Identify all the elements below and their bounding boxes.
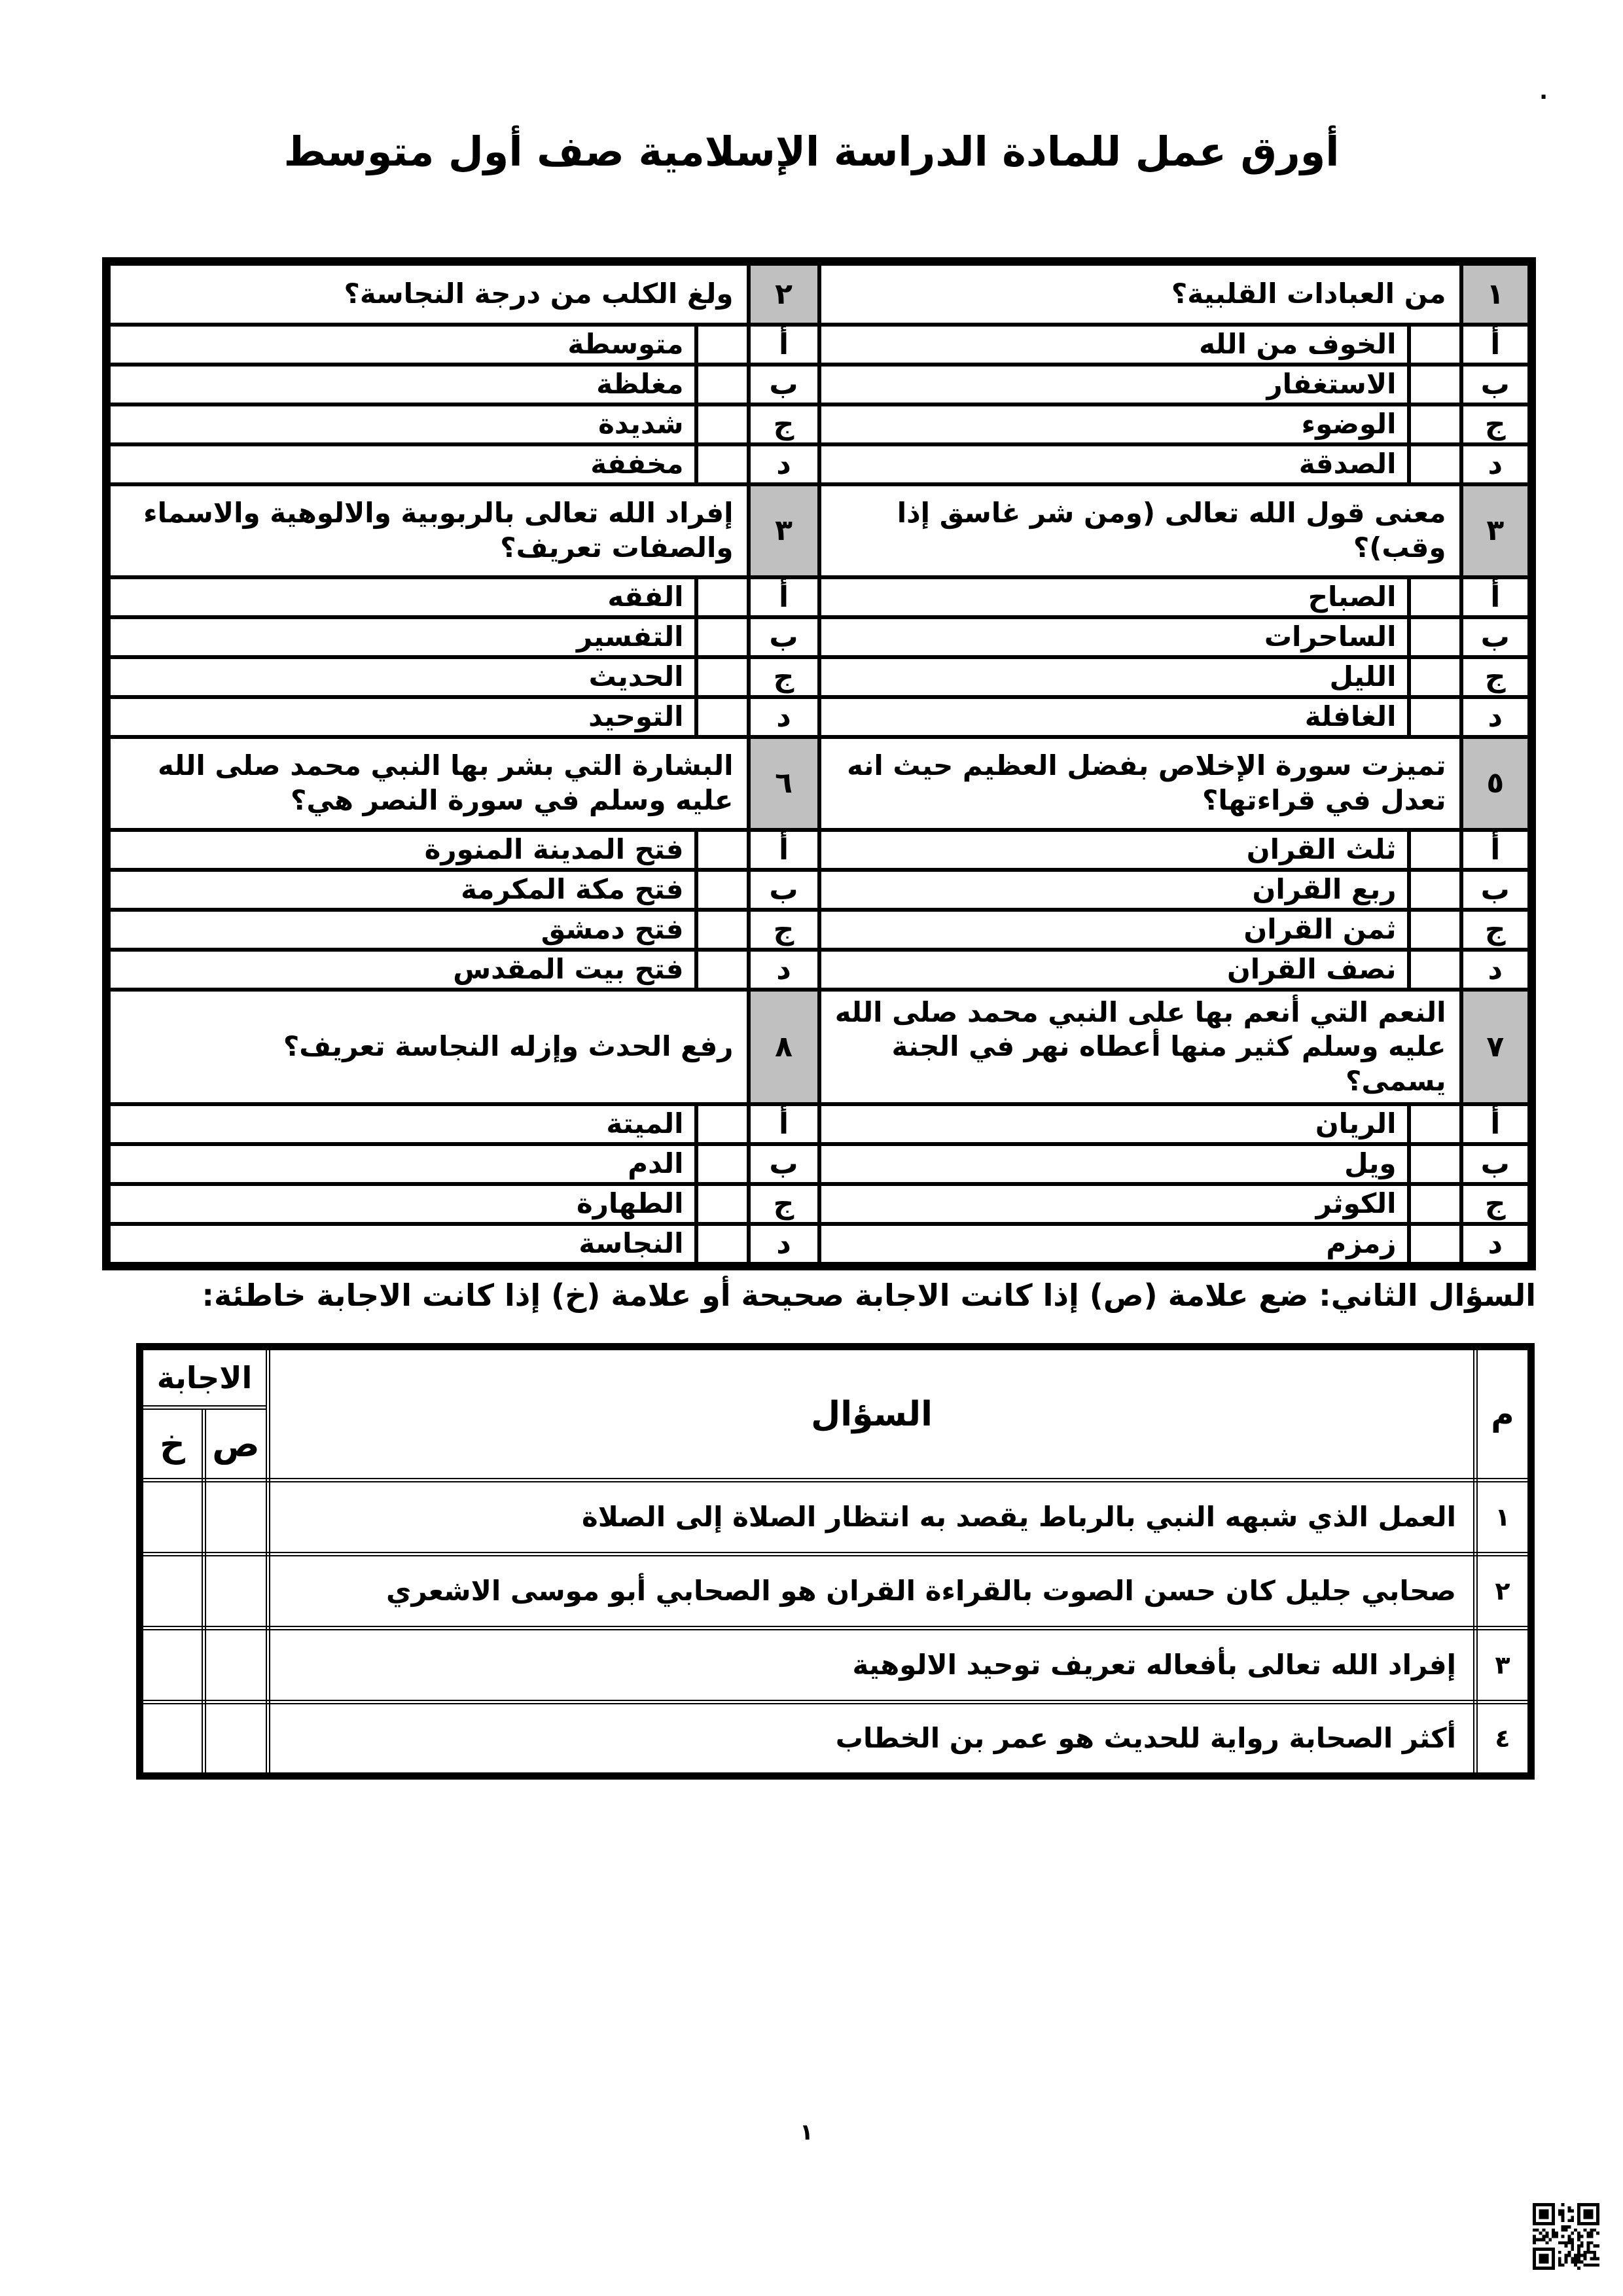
option-letter: ب xyxy=(1461,365,1532,404)
answer-checkbox-cell[interactable] xyxy=(696,444,749,484)
option-row: د زمزم د النجاسة xyxy=(106,1224,1531,1266)
answer-checkbox-cell[interactable] xyxy=(696,617,749,657)
option-letter: د xyxy=(1461,697,1532,737)
option-letter: د xyxy=(1461,444,1532,484)
option-row: ب ربع القران ب فتح مكة المكرمة xyxy=(106,870,1531,910)
answer-checkbox-cell[interactable] xyxy=(1409,404,1461,444)
question-number-cell: ٣ xyxy=(1461,484,1532,577)
option-letter: ب xyxy=(749,617,819,657)
question-text: رفع الحدث وإزله النجاسة تعريف؟ xyxy=(106,990,748,1105)
answer-checkbox-cell[interactable] xyxy=(696,830,749,870)
table-row: ٢ صحابي جليل كان حسن الصوت بالقراءة القر… xyxy=(140,1554,1531,1628)
option-text: مغلظة xyxy=(106,365,696,404)
question-text: إفراد الله تعالى بالربوبية والالوهية وال… xyxy=(106,484,748,577)
worksheet-page: . أورق عمل للمادة الدراسة الإسلامية صف أ… xyxy=(0,0,1623,2296)
question-text: معنى قول الله تعالى (ومن شر غاسق إذا وقب… xyxy=(819,484,1461,577)
true-answer-cell[interactable] xyxy=(204,1554,268,1628)
option-text: الصباح xyxy=(819,577,1409,617)
true-false-table: م السؤال الاجابة ص خ ١ العمل الذي شبهه ا… xyxy=(136,1343,1535,1780)
option-text: ثلث القران xyxy=(819,830,1409,870)
option-row: ج الوضوء ج شديدة xyxy=(106,404,1531,444)
option-letter: د xyxy=(749,950,819,990)
option-text: الفقه xyxy=(106,577,696,617)
option-letter: ج xyxy=(749,910,819,950)
worksheet-title: أورق عمل للمادة الدراسة الإسلامية صف أول… xyxy=(0,128,1623,175)
option-text: الصدقة xyxy=(819,444,1409,484)
option-text: فتح بيت المقدس xyxy=(106,950,696,990)
answer-checkbox-cell[interactable] xyxy=(696,404,749,444)
question-number-cell: ٧ xyxy=(1461,990,1532,1105)
answer-checkbox-cell[interactable] xyxy=(1409,577,1461,617)
row-number: ٤ xyxy=(1476,1702,1531,1776)
option-letter: ب xyxy=(749,1144,819,1184)
option-text: الليل xyxy=(819,657,1409,697)
row-number: ٢ xyxy=(1476,1554,1531,1628)
option-letter: د xyxy=(1461,1224,1532,1266)
option-letter: أ xyxy=(749,830,819,870)
option-row: ج ثمن القران ج فتح دمشق xyxy=(106,910,1531,950)
answer-checkbox-cell[interactable] xyxy=(696,325,749,365)
option-letter: ج xyxy=(1461,404,1532,444)
statement-text: العمل الذي شبهه النبي بالرباط يقصد به ان… xyxy=(268,1480,1476,1554)
option-text: الدم xyxy=(106,1144,696,1184)
mcq-table: ١ من العبادات القلبية؟ ٢ ولغ الكلب من در… xyxy=(102,257,1536,1270)
answer-checkbox-cell[interactable] xyxy=(696,697,749,737)
option-letter: ج xyxy=(749,404,819,444)
section-two-heading: السؤال الثاني: ضع علامة (ص) إذا كانت الا… xyxy=(202,1278,1536,1313)
answer-checkbox-cell[interactable] xyxy=(1409,657,1461,697)
question-number-cell: ٦ xyxy=(749,737,819,830)
answer-checkbox-cell[interactable] xyxy=(1409,325,1461,365)
option-text: ربع القران xyxy=(819,870,1409,910)
answer-checkbox-cell[interactable] xyxy=(696,910,749,950)
option-text: الغافلة xyxy=(819,697,1409,737)
answer-checkbox-cell[interactable] xyxy=(696,870,749,910)
option-text: الوضوء xyxy=(819,404,1409,444)
option-text: التوحيد xyxy=(106,697,696,737)
column-header-false: خ xyxy=(140,1408,204,1480)
question-row: ٧ النعم التي أنعم بها على النبي محمد صلى… xyxy=(106,990,1531,1105)
answer-checkbox-cell[interactable] xyxy=(1409,830,1461,870)
table-header-row: م السؤال الاجابة xyxy=(140,1347,1531,1408)
option-text: الريان xyxy=(819,1104,1409,1144)
option-row: أ الصباح أ الفقه xyxy=(106,577,1531,617)
column-header-number: م xyxy=(1476,1347,1531,1480)
table-row: ١ العمل الذي شبهه النبي بالرباط يقصد به … xyxy=(140,1480,1531,1554)
answer-checkbox-cell[interactable] xyxy=(1409,444,1461,484)
option-letter: ج xyxy=(1461,910,1532,950)
option-letter: أ xyxy=(749,325,819,365)
option-row: د الصدقة د مخففة xyxy=(106,444,1531,484)
option-letter: ج xyxy=(1461,1184,1532,1224)
false-answer-cell[interactable] xyxy=(140,1554,204,1628)
question-number-cell: ٥ xyxy=(1461,737,1532,830)
option-letter: أ xyxy=(1461,325,1532,365)
column-header-answer: الاجابة xyxy=(140,1347,268,1408)
option-row: أ الخوف من الله أ متوسطة xyxy=(106,325,1531,365)
false-answer-cell[interactable] xyxy=(140,1628,204,1702)
statement-text: أكثر الصحابة رواية للحديث هو عمر بن الخط… xyxy=(268,1702,1476,1776)
true-answer-cell[interactable] xyxy=(204,1628,268,1702)
option-letter: د xyxy=(749,697,819,737)
question-row: ٥ تميزت سورة الإخلاص بفضل العظيم حيث انه… xyxy=(106,737,1531,830)
question-text: من العبادات القلبية؟ xyxy=(819,262,1461,325)
true-answer-cell[interactable] xyxy=(204,1702,268,1776)
row-number: ١ xyxy=(1476,1480,1531,1554)
question-text: النعم التي أنعم بها على النبي محمد صلى ا… xyxy=(819,990,1461,1105)
option-row: د الغافلة د التوحيد xyxy=(106,697,1531,737)
answer-checkbox-cell[interactable] xyxy=(1409,950,1461,990)
option-text: فتح المدينة المنورة xyxy=(106,830,696,870)
qr-code xyxy=(1533,2203,1599,2270)
option-row: ب ويل ب الدم xyxy=(106,1144,1531,1184)
option-text: الكوثر xyxy=(819,1184,1409,1224)
option-text: زمزم xyxy=(819,1224,1409,1266)
option-letter: د xyxy=(1461,950,1532,990)
option-text: الساحرات xyxy=(819,617,1409,657)
question-number-cell: ١ xyxy=(1461,262,1532,325)
option-letter: ج xyxy=(749,1184,819,1224)
question-number-cell: ٣ xyxy=(749,484,819,577)
false-answer-cell[interactable] xyxy=(140,1480,204,1554)
answer-checkbox-cell[interactable] xyxy=(1409,617,1461,657)
option-letter: د xyxy=(749,444,819,484)
option-letter: د xyxy=(749,1224,819,1266)
answer-checkbox-cell[interactable] xyxy=(1409,1144,1461,1184)
option-letter: ج xyxy=(1461,657,1532,697)
option-letter: أ xyxy=(749,577,819,617)
answer-checkbox-cell[interactable] xyxy=(1409,1184,1461,1224)
option-letter: ب xyxy=(1461,870,1532,910)
option-text: الحديث xyxy=(106,657,696,697)
option-letter: أ xyxy=(1461,830,1532,870)
false-answer-cell[interactable] xyxy=(140,1702,204,1776)
option-text: فتح دمشق xyxy=(106,910,696,950)
table-row: ٣ إفراد الله تعالى بأفعاله تعريف توحيد ا… xyxy=(140,1628,1531,1702)
answer-checkbox-cell[interactable] xyxy=(1409,697,1461,737)
column-header-question: السؤال xyxy=(268,1347,1476,1480)
answer-checkbox-cell[interactable] xyxy=(696,577,749,617)
option-text: الاستغفار xyxy=(819,365,1409,404)
option-text: الخوف من الله xyxy=(819,325,1409,365)
option-text: متوسطة xyxy=(106,325,696,365)
answer-checkbox-cell[interactable] xyxy=(696,657,749,697)
option-text: ثمن القران xyxy=(819,910,1409,950)
option-row: د نصف القران د فتح بيت المقدس xyxy=(106,950,1531,990)
option-letter: ب xyxy=(1461,617,1532,657)
answer-checkbox-cell[interactable] xyxy=(1409,365,1461,404)
option-row: ج الكوثر ج الطهارة xyxy=(106,1184,1531,1224)
answer-checkbox-cell[interactable] xyxy=(1409,870,1461,910)
option-text: مخففة xyxy=(106,444,696,484)
question-number-cell: ٢ xyxy=(749,262,819,325)
option-text: ويل xyxy=(819,1144,1409,1184)
page-number: ١ xyxy=(800,2119,813,2145)
option-text: فتح مكة المكرمة xyxy=(106,870,696,910)
answer-checkbox-cell[interactable] xyxy=(1409,1224,1461,1266)
answer-checkbox-cell[interactable] xyxy=(1409,1104,1461,1144)
answer-checkbox-cell[interactable] xyxy=(696,365,749,404)
true-answer-cell[interactable] xyxy=(204,1480,268,1554)
option-text: النجاسة xyxy=(106,1224,696,1266)
answer-checkbox-cell[interactable] xyxy=(1409,910,1461,950)
option-letter: ب xyxy=(1461,1144,1532,1184)
statement-text: إفراد الله تعالى بأفعاله تعريف توحيد الا… xyxy=(268,1628,1476,1702)
option-letter: أ xyxy=(1461,1104,1532,1144)
option-letter: ج xyxy=(749,657,819,697)
question-text: ولغ الكلب من درجة النجاسة؟ xyxy=(106,262,748,325)
row-number: ٣ xyxy=(1476,1628,1531,1702)
answer-checkbox-cell[interactable] xyxy=(696,950,749,990)
option-row: ب الاستغفار ب مغلظة xyxy=(106,365,1531,404)
question-text: تميزت سورة الإخلاص بفضل العظيم حيث انه ت… xyxy=(819,737,1461,830)
option-letter: ب xyxy=(749,365,819,404)
option-row: أ ثلث القران أ فتح المدينة المنورة xyxy=(106,830,1531,870)
option-letter: أ xyxy=(749,1104,819,1144)
column-header-true: ص xyxy=(204,1408,268,1480)
option-text: التفسير xyxy=(106,617,696,657)
option-row: ج الليل ج الحديث xyxy=(106,657,1531,697)
table-row: ٤ أكثر الصحابة رواية للحديث هو عمر بن ال… xyxy=(140,1702,1531,1776)
corner-mark: . xyxy=(1539,79,1548,105)
option-text: الطهارة xyxy=(106,1184,696,1224)
answer-checkbox-cell[interactable] xyxy=(696,1184,749,1224)
option-row: ب الساحرات ب التفسير xyxy=(106,617,1531,657)
option-text: شديدة xyxy=(106,404,696,444)
option-letter: أ xyxy=(1461,577,1532,617)
statement-text: صحابي جليل كان حسن الصوت بالقراءة القران… xyxy=(268,1554,1476,1628)
question-number-cell: ٨ xyxy=(749,990,819,1105)
option-text: الميتة xyxy=(106,1104,696,1144)
question-row: ٣ معنى قول الله تعالى (ومن شر غاسق إذا و… xyxy=(106,484,1531,577)
option-text: نصف القران xyxy=(819,950,1409,990)
option-row: أ الريان أ الميتة xyxy=(106,1104,1531,1144)
option-letter: ب xyxy=(749,870,819,910)
question-text: البشارة التي بشر بها النبي محمد صلى الله… xyxy=(106,737,748,830)
answer-checkbox-cell[interactable] xyxy=(696,1104,749,1144)
answer-checkbox-cell[interactable] xyxy=(696,1144,749,1184)
question-row: ١ من العبادات القلبية؟ ٢ ولغ الكلب من در… xyxy=(106,262,1531,325)
answer-checkbox-cell[interactable] xyxy=(696,1224,749,1266)
